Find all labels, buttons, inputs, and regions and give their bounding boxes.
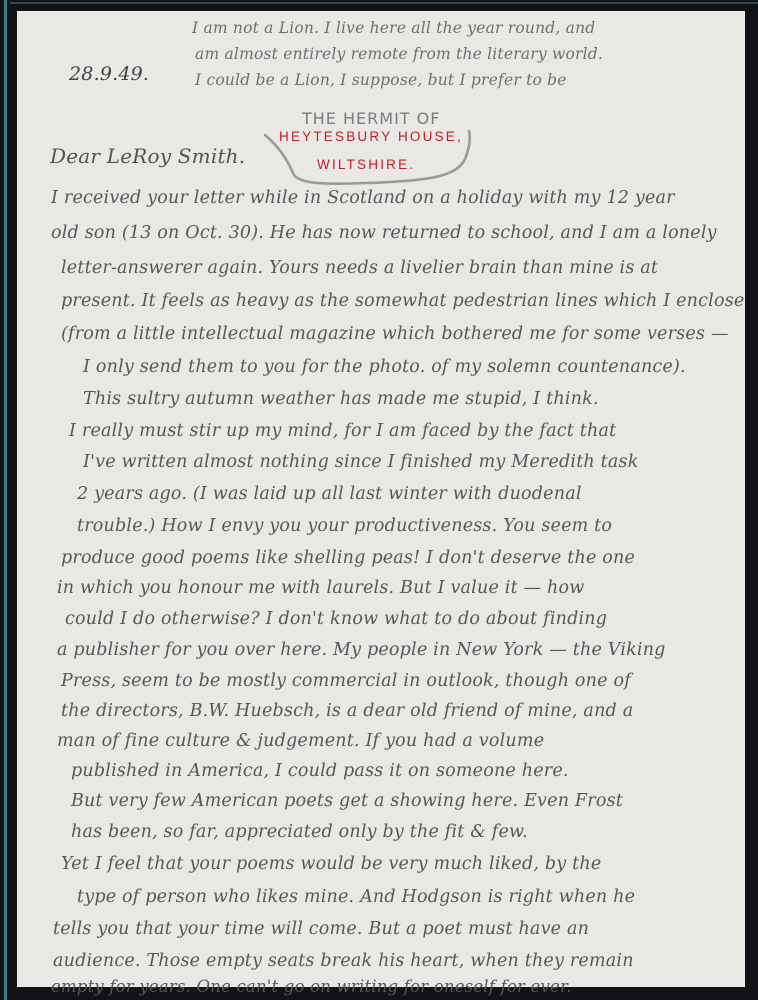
- body-line: Press, seem to be mostly commercial in o…: [61, 671, 631, 691]
- body-line: empty for years. One can't go on writing…: [51, 977, 572, 996]
- body-line: I really must stir up my mind, for I am …: [69, 421, 616, 441]
- page-edge-accent: [4, 0, 7, 1000]
- marginal-note-line: I am not a Lion. I live here all the yea…: [192, 19, 595, 37]
- body-line: old son (13 on Oct. 30). He has now retu…: [51, 223, 717, 243]
- body-line: type of person who likes mine. And Hodgs…: [77, 887, 635, 907]
- letter-date: 28.9.49.: [69, 63, 149, 85]
- body-line: trouble.) How I envy you your productive…: [77, 516, 612, 536]
- body-line: in which you honour me with laurels. But…: [57, 578, 584, 598]
- body-line: But very few American poets get a showin…: [71, 791, 623, 811]
- body-line: Yet I feel that your poems would be very…: [61, 854, 601, 874]
- body-line: I received your letter while in Scotland…: [51, 188, 675, 208]
- body-line: could I do otherwise? I don't know what …: [65, 609, 607, 629]
- marginal-note-line: I could be a Lion, I suppose, but I pref…: [195, 71, 567, 89]
- body-line: the directors, B.W. Huebsch, is a dear o…: [61, 701, 633, 721]
- letterhead-annotation: THE HERMIT OF: [302, 109, 440, 128]
- body-line: I've written almost nothing since I fini…: [83, 452, 639, 472]
- body-line: letter-answerer again. Yours needs a liv…: [61, 258, 658, 278]
- body-line: has been, so far, appreciated only by th…: [71, 822, 528, 842]
- body-line: This sultry autumn weather has made me s…: [83, 389, 599, 409]
- handwritten-bracket-mark: [257, 129, 477, 187]
- marginal-note-line: am almost entirely remote from the liter…: [195, 45, 603, 63]
- body-line: man of fine culture & judgement. If you …: [57, 731, 544, 751]
- letter-sheet: I am not a Lion. I live here all the yea…: [17, 11, 745, 987]
- body-line: a publisher for you over here. My people…: [57, 640, 666, 660]
- body-line: published in America, I could pass it on…: [71, 761, 569, 781]
- body-line: produce good poems like shelling peas! I…: [61, 548, 635, 568]
- salutation: Dear LeRoy Smith.: [50, 144, 245, 168]
- body-line: I only send them to you for the photo. o…: [83, 357, 686, 377]
- body-line: (from a little intellectual magazine whi…: [61, 324, 729, 344]
- body-line: present. It feels as heavy as the somewh…: [61, 291, 744, 311]
- body-line: 2 years ago. (I was laid up all last win…: [77, 484, 582, 504]
- body-line: audience. Those empty seats break his he…: [53, 951, 634, 971]
- body-line: tells you that your time will come. But …: [53, 919, 589, 939]
- page-edge-top: [10, 2, 758, 4]
